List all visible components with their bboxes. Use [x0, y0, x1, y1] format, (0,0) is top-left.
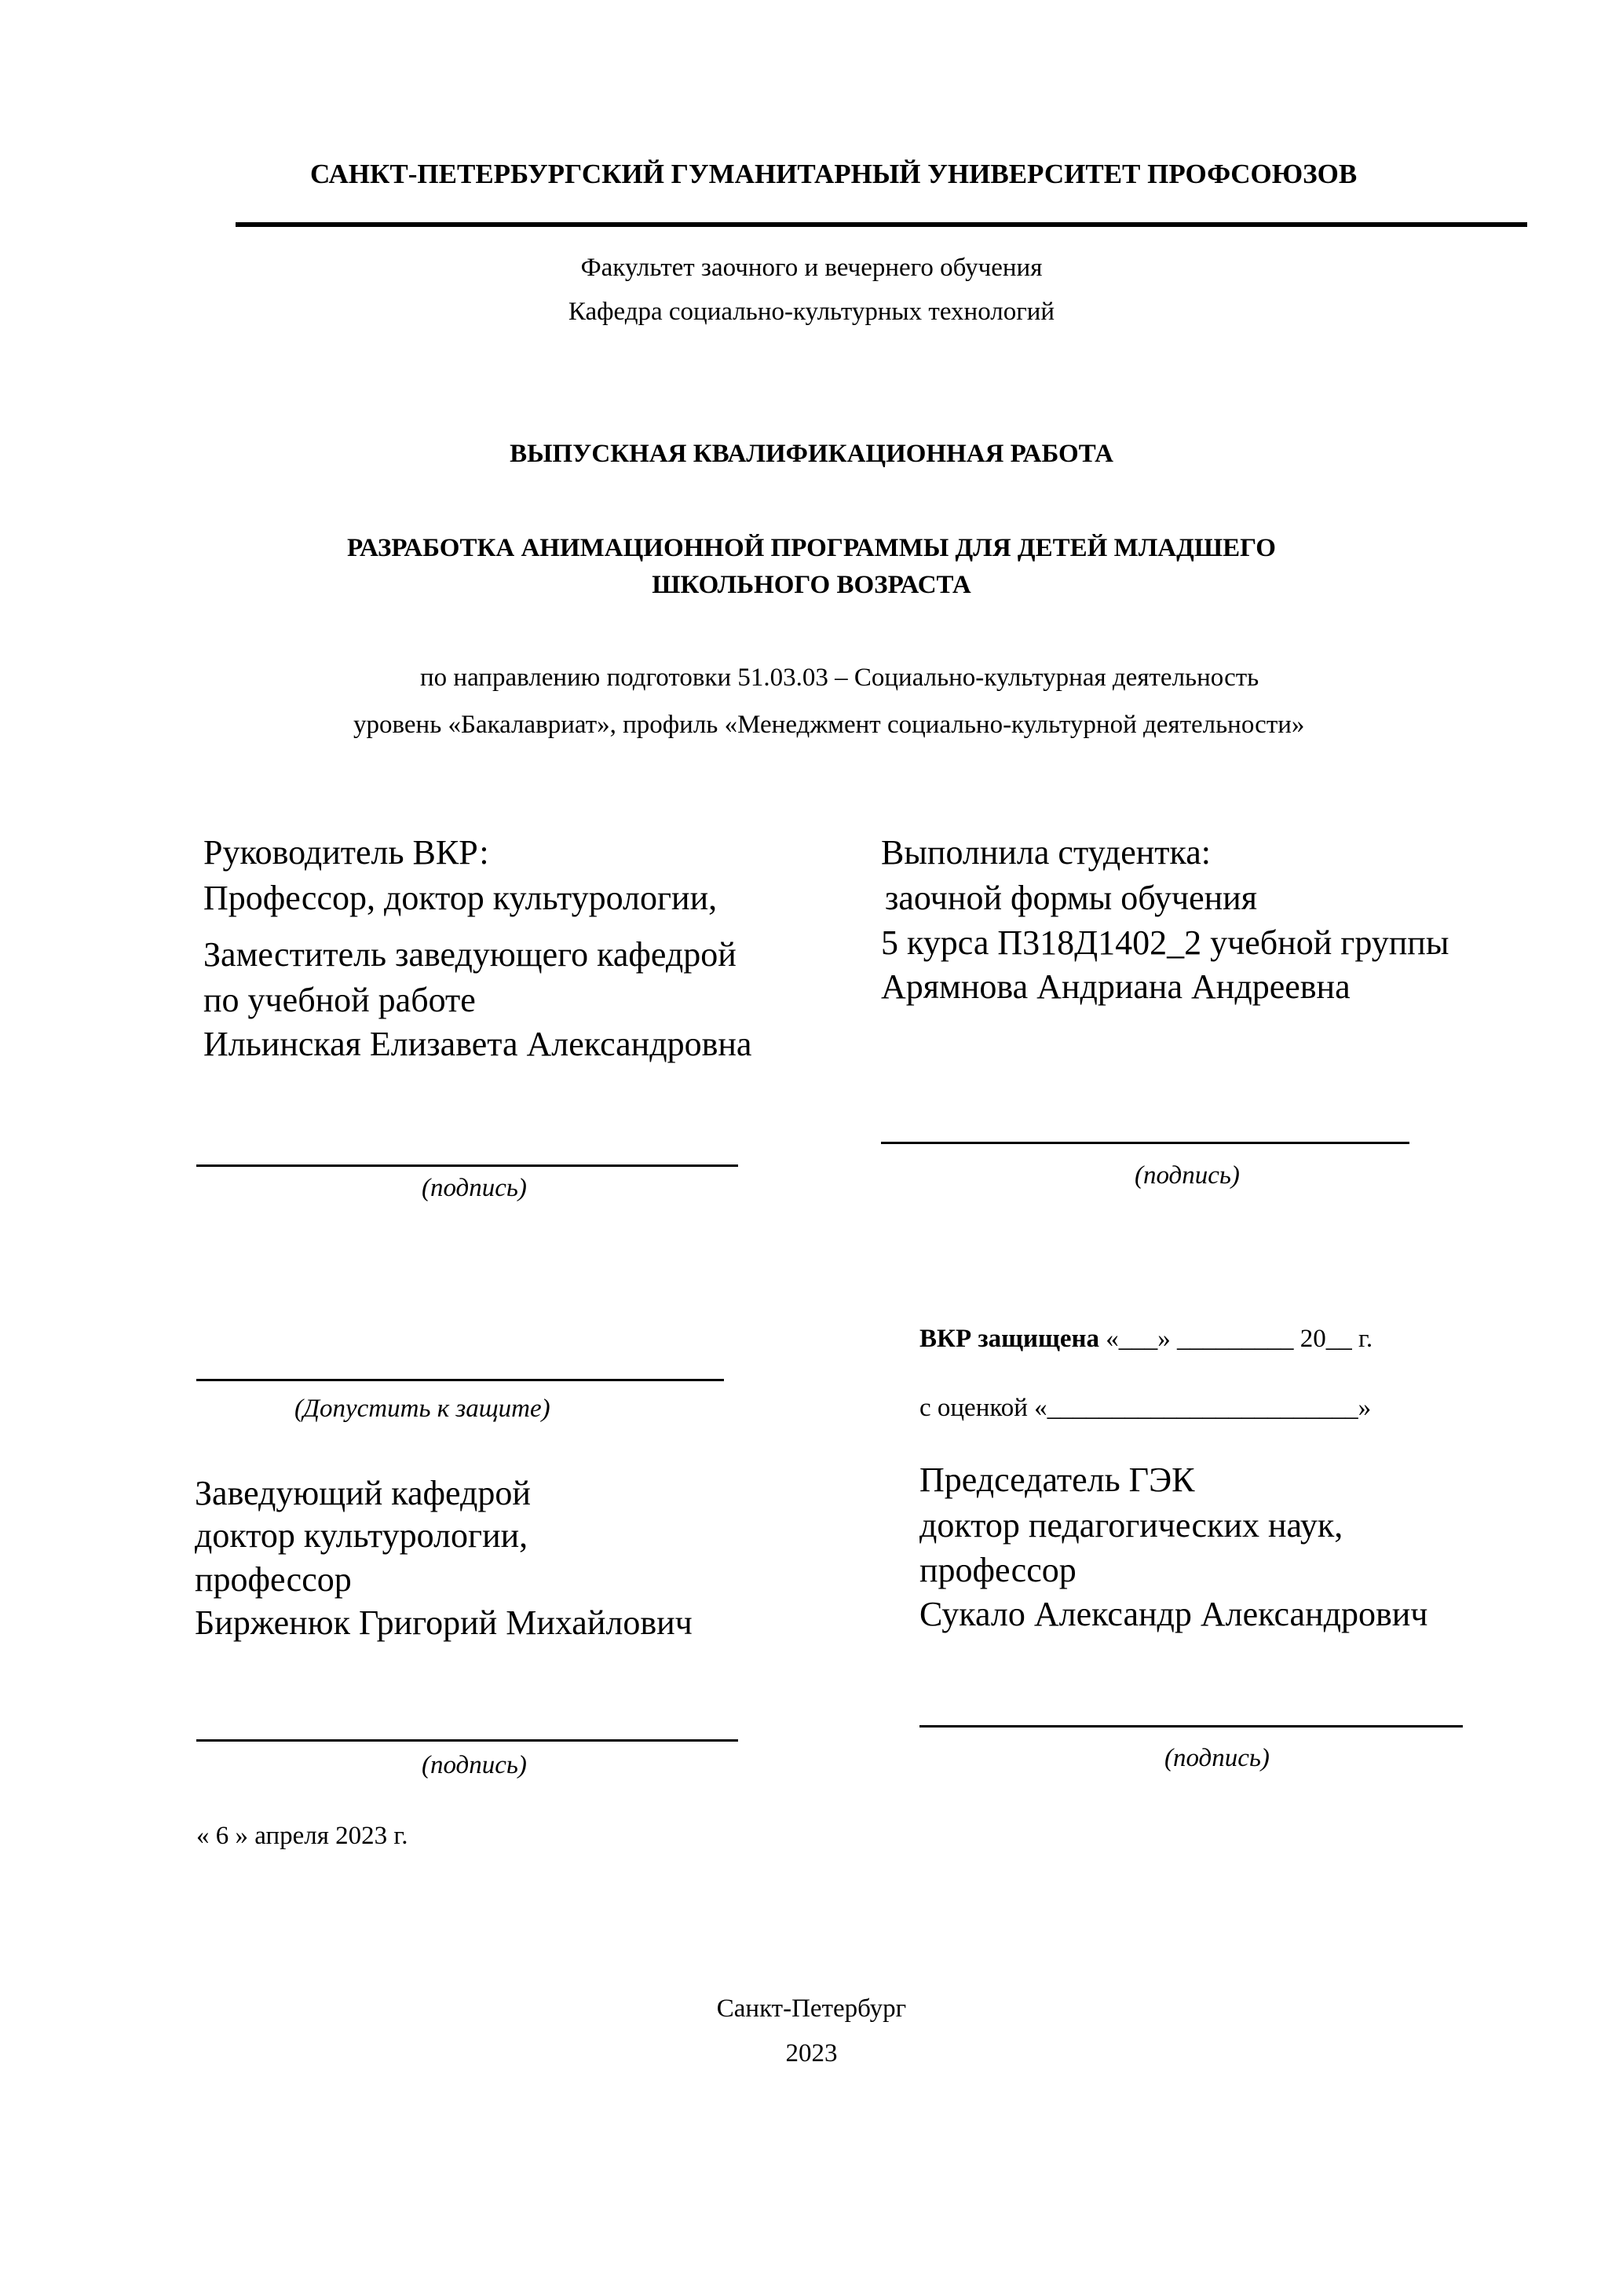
chairman-line: профессор [919, 1553, 1077, 1588]
supervisor-line: Профессор, доктор культурологии, [203, 881, 717, 916]
approval-date: « 6 » апреля 2023 г. [196, 1823, 408, 1849]
head-signature-line [196, 1739, 738, 1742]
supervisor-signature-line [196, 1164, 738, 1167]
student-line: заочной формы обучения [885, 881, 1257, 916]
header-rule [236, 222, 1527, 227]
defense-grade-line: с оценкой «________________________» [919, 1395, 1371, 1421]
chairman-line: доктор педагогических наук, [919, 1508, 1343, 1543]
supervisor-line: по учебной работе [203, 983, 476, 1018]
defense-date-line: ВКР защищена «___» _________ 20__ г. [919, 1326, 1373, 1352]
head-line: Заведующий кафедрой [195, 1476, 531, 1511]
supervisor-line: Заместитель заведующего кафедрой [203, 938, 737, 972]
head-signature-caption: (подпись) [422, 1753, 527, 1779]
work-type: ВЫПУСКНАЯ КВАЛИФИКАЦИОННАЯ РАБОТА [0, 441, 1623, 467]
faculty-name: Факультет заочного и вечернего обучения [0, 255, 1623, 281]
supervisor-signature-caption: (подпись) [422, 1175, 527, 1201]
student-signature-caption: (подпись) [1135, 1163, 1240, 1189]
work-title-line1: РАЗРАБОТКА АНИМАЦИОННОЙ ПРОГРАММЫ ДЛЯ ДЕ… [0, 536, 1623, 561]
department-name: Кафедра социально-культурных технологий [0, 299, 1623, 325]
chairman-name: Сукало Александр Александрович [919, 1597, 1427, 1632]
footer-year: 2023 [0, 2041, 1623, 2067]
student-line: Выполнила студентка: [881, 835, 1211, 870]
supervisor-name: Ильинская Елизавета Александровна [203, 1027, 751, 1062]
chairman-line: Председатель ГЭК [919, 1463, 1195, 1497]
footer-city: Санкт-Петербург [0, 1996, 1623, 2022]
student-line: 5 курса П318Д1402_2 учебной группы [881, 926, 1449, 960]
level-line: уровень «Бакалавриат», профиль «Менеджме… [353, 712, 1304, 738]
student-signature-line [881, 1142, 1409, 1144]
supervisor-line: Руководитель ВКР: [203, 835, 489, 870]
head-line: доктор культурологии, [195, 1519, 528, 1553]
defense-label: ВКР защищена [919, 1325, 1099, 1353]
admission-caption: (Допустить к защите) [294, 1396, 550, 1422]
student-name: Арямнова Андриана Андреевна [881, 970, 1351, 1004]
admission-signature-line [196, 1379, 724, 1381]
defense-date-blank: «___» _________ 20__ г. [1099, 1325, 1373, 1353]
university-name: САНКТ-ПЕТЕРБУРГСКИЙ ГУМАНИТАРНЫЙ УНИВЕРС… [310, 160, 1357, 188]
direction-line: по направлению подготовки 51.03.03 – Соц… [420, 665, 1259, 691]
chairman-signature-caption: (подпись) [1164, 1746, 1270, 1771]
head-name: Бирженюк Григорий Михайлович [195, 1606, 693, 1640]
work-title-line2: ШКОЛЬНОГО ВОЗРАСТА [0, 572, 1623, 598]
chairman-signature-line [919, 1725, 1463, 1727]
head-line: профессор [195, 1563, 352, 1597]
